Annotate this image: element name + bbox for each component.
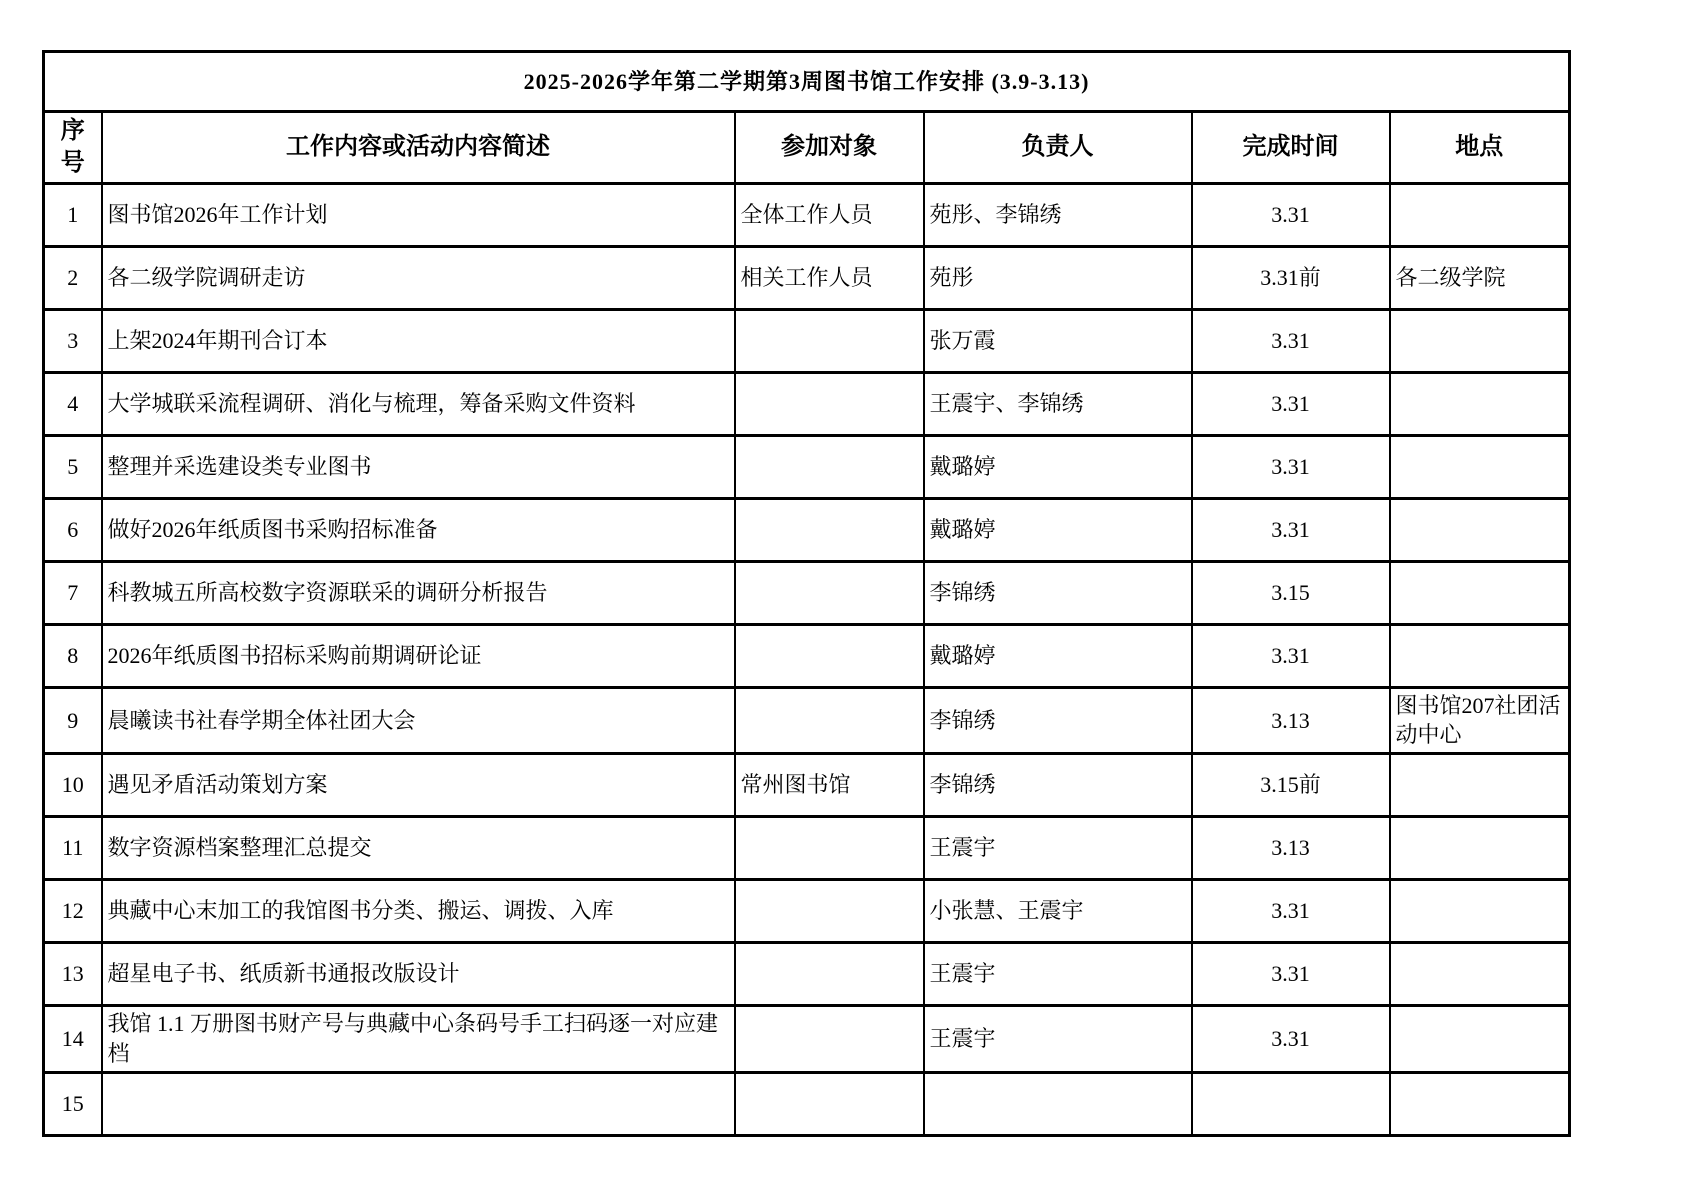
row-responsible-cell: 戴璐婷 xyxy=(924,435,1192,498)
row-seq-cell: 8 xyxy=(44,624,102,687)
row-content-cell: 大学城联采流程调研、消化与梳理，筹备采购文件资料 xyxy=(102,372,735,435)
schedule-table: 2025-2026学年第二学期第3周图书馆工作安排 (3.9-3.13) 序号 … xyxy=(42,50,1571,1137)
row-seq-cell: 9 xyxy=(44,687,102,753)
row-seq-cell: 14 xyxy=(44,1006,102,1072)
row-participants-cell xyxy=(735,880,924,943)
table-row: 12 典藏中心末加工的我馆图书分类、搬运、调拨、入库 小张慧、王震宇 3.31 xyxy=(44,880,1570,943)
row-location-cell xyxy=(1390,817,1570,880)
row-seq-cell: 13 xyxy=(44,943,102,1006)
row-content-cell: 做好2026年纸质图书采购招标准备 xyxy=(102,498,735,561)
column-header-deadline: 完成时间 xyxy=(1192,112,1390,184)
table-row: 4 大学城联采流程调研、消化与梳理，筹备采购文件资料 王震宇、李锦绣 3.31 xyxy=(44,372,1570,435)
column-header-responsible: 负责人 xyxy=(924,112,1192,184)
row-deadline-cell: 3.31 xyxy=(1192,880,1390,943)
row-responsible-cell: 王震宇、李锦绣 xyxy=(924,372,1192,435)
header-row: 序号 工作内容或活动内容简述 参加对象 负责人 完成时间 地点 xyxy=(44,112,1570,184)
row-responsible-cell: 王震宇 xyxy=(924,1006,1192,1072)
table-row: 6 做好2026年纸质图书采购招标准备 戴璐婷 3.31 xyxy=(44,498,1570,561)
column-header-seq: 序号 xyxy=(44,112,102,184)
table-row: 9 晨曦读书社春学期全体社团大会 李锦绣 3.13 图书馆207社团活动中心 xyxy=(44,687,1570,753)
row-content-cell: 图书馆2026年工作计划 xyxy=(102,183,735,246)
row-responsible-cell: 戴璐婷 xyxy=(924,624,1192,687)
row-deadline-cell: 3.15前 xyxy=(1192,754,1390,817)
row-participants-cell: 全体工作人员 xyxy=(735,183,924,246)
row-deadline-cell xyxy=(1192,1072,1390,1135)
row-deadline-cell: 3.13 xyxy=(1192,817,1390,880)
table-row: 1 图书馆2026年工作计划 全体工作人员 苑彤、李锦绣 3.31 xyxy=(44,183,1570,246)
row-seq-cell: 2 xyxy=(44,246,102,309)
row-participants-cell xyxy=(735,1006,924,1072)
schedule-body: 1 图书馆2026年工作计划 全体工作人员 苑彤、李锦绣 3.31 2 各二级学… xyxy=(44,183,1570,1135)
row-responsible-cell: 张万霞 xyxy=(924,309,1192,372)
row-deadline-cell: 3.31 xyxy=(1192,372,1390,435)
row-location-cell: 图书馆207社团活动中心 xyxy=(1390,687,1570,753)
row-seq-cell: 5 xyxy=(44,435,102,498)
row-participants-cell xyxy=(735,687,924,753)
row-participants-cell xyxy=(735,498,924,561)
row-location-cell xyxy=(1390,309,1570,372)
row-participants-cell xyxy=(735,943,924,1006)
row-content-cell xyxy=(102,1072,735,1135)
row-deadline-cell: 3.31 xyxy=(1192,1006,1390,1072)
row-participants-cell xyxy=(735,1072,924,1135)
row-responsible-cell: 小张慧、王震宇 xyxy=(924,880,1192,943)
schedule-head: 2025-2026学年第二学期第3周图书馆工作安排 (3.9-3.13) 序号 … xyxy=(44,52,1570,184)
row-responsible-cell: 戴璐婷 xyxy=(924,498,1192,561)
document-sheet: 2025-2026学年第二学期第3周图书馆工作安排 (3.9-3.13) 序号 … xyxy=(0,0,1683,1191)
row-responsible-cell: 李锦绣 xyxy=(924,687,1192,753)
row-seq-cell: 3 xyxy=(44,309,102,372)
row-location-cell xyxy=(1390,183,1570,246)
title-row: 2025-2026学年第二学期第3周图书馆工作安排 (3.9-3.13) xyxy=(44,52,1570,112)
row-deadline-cell: 3.31 xyxy=(1192,498,1390,561)
table-row: 7 科教城五所高校数字资源联采的调研分析报告 李锦绣 3.15 xyxy=(44,561,1570,624)
row-content-cell: 上架2024年期刊合订本 xyxy=(102,309,735,372)
row-seq-cell: 1 xyxy=(44,183,102,246)
row-participants-cell xyxy=(735,309,924,372)
row-content-cell: 遇见矛盾活动策划方案 xyxy=(102,754,735,817)
row-location-cell xyxy=(1390,1006,1570,1072)
row-content-cell: 数字资源档案整理汇总提交 xyxy=(102,817,735,880)
table-row: 8 2026年纸质图书招标采购前期调研论证 戴璐婷 3.31 xyxy=(44,624,1570,687)
row-seq-cell: 4 xyxy=(44,372,102,435)
table-row: 13 超星电子书、纸质新书通报改版设计 王震宇 3.31 xyxy=(44,943,1570,1006)
row-deadline-cell: 3.13 xyxy=(1192,687,1390,753)
row-content-cell: 科教城五所高校数字资源联采的调研分析报告 xyxy=(102,561,735,624)
row-responsible-cell: 李锦绣 xyxy=(924,561,1192,624)
row-deadline-cell: 3.15 xyxy=(1192,561,1390,624)
table-row: 14 我馆 1.1 万册图书财产号与典藏中心条码号手工扫码逐一对应建档 王震宇 … xyxy=(44,1006,1570,1072)
row-participants-cell xyxy=(735,435,924,498)
row-deadline-cell: 3.31 xyxy=(1192,183,1390,246)
row-seq-cell: 12 xyxy=(44,880,102,943)
row-location-cell xyxy=(1390,435,1570,498)
row-seq-cell: 15 xyxy=(44,1072,102,1135)
row-seq-cell: 10 xyxy=(44,754,102,817)
row-responsible-cell: 王震宇 xyxy=(924,943,1192,1006)
row-seq-cell: 7 xyxy=(44,561,102,624)
row-deadline-cell: 3.31 xyxy=(1192,309,1390,372)
row-responsible-cell: 苑彤 xyxy=(924,246,1192,309)
row-location-cell xyxy=(1390,1072,1570,1135)
row-responsible-cell: 苑彤、李锦绣 xyxy=(924,183,1192,246)
row-responsible-cell: 李锦绣 xyxy=(924,754,1192,817)
row-seq-cell: 6 xyxy=(44,498,102,561)
column-header-location: 地点 xyxy=(1390,112,1570,184)
row-deadline-cell: 3.31前 xyxy=(1192,246,1390,309)
table-row: 10 遇见矛盾活动策划方案 常州图书馆 李锦绣 3.15前 xyxy=(44,754,1570,817)
row-responsible-cell xyxy=(924,1072,1192,1135)
row-participants-cell xyxy=(735,624,924,687)
row-content-cell: 各二级学院调研走访 xyxy=(102,246,735,309)
row-content-cell: 超星电子书、纸质新书通报改版设计 xyxy=(102,943,735,1006)
row-deadline-cell: 3.31 xyxy=(1192,943,1390,1006)
row-content-cell: 2026年纸质图书招标采购前期调研论证 xyxy=(102,624,735,687)
column-header-participants: 参加对象 xyxy=(735,112,924,184)
row-participants-cell xyxy=(735,817,924,880)
row-content-cell: 晨曦读书社春学期全体社团大会 xyxy=(102,687,735,753)
row-location-cell xyxy=(1390,880,1570,943)
row-participants-cell: 相关工作人员 xyxy=(735,246,924,309)
row-location-cell xyxy=(1390,372,1570,435)
table-row: 3 上架2024年期刊合订本 张万霞 3.31 xyxy=(44,309,1570,372)
table-row: 11 数字资源档案整理汇总提交 王震宇 3.13 xyxy=(44,817,1570,880)
row-location-cell: 各二级学院 xyxy=(1390,246,1570,309)
table-row: 2 各二级学院调研走访 相关工作人员 苑彤 3.31前 各二级学院 xyxy=(44,246,1570,309)
table-row: 15 xyxy=(44,1072,1570,1135)
row-location-cell xyxy=(1390,624,1570,687)
row-content-cell: 我馆 1.1 万册图书财产号与典藏中心条码号手工扫码逐一对应建档 xyxy=(102,1006,735,1072)
row-participants-cell xyxy=(735,561,924,624)
row-participants-cell xyxy=(735,372,924,435)
page-title: 2025-2026学年第二学期第3周图书馆工作安排 (3.9-3.13) xyxy=(44,52,1570,112)
row-location-cell xyxy=(1390,498,1570,561)
row-deadline-cell: 3.31 xyxy=(1192,435,1390,498)
row-participants-cell: 常州图书馆 xyxy=(735,754,924,817)
column-header-content: 工作内容或活动内容简述 xyxy=(102,112,735,184)
row-content-cell: 典藏中心末加工的我馆图书分类、搬运、调拨、入库 xyxy=(102,880,735,943)
row-location-cell xyxy=(1390,561,1570,624)
row-responsible-cell: 王震宇 xyxy=(924,817,1192,880)
row-seq-cell: 11 xyxy=(44,817,102,880)
row-content-cell: 整理并采选建设类专业图书 xyxy=(102,435,735,498)
table-row: 5 整理并采选建设类专业图书 戴璐婷 3.31 xyxy=(44,435,1570,498)
row-deadline-cell: 3.31 xyxy=(1192,624,1390,687)
row-location-cell xyxy=(1390,754,1570,817)
row-location-cell xyxy=(1390,943,1570,1006)
